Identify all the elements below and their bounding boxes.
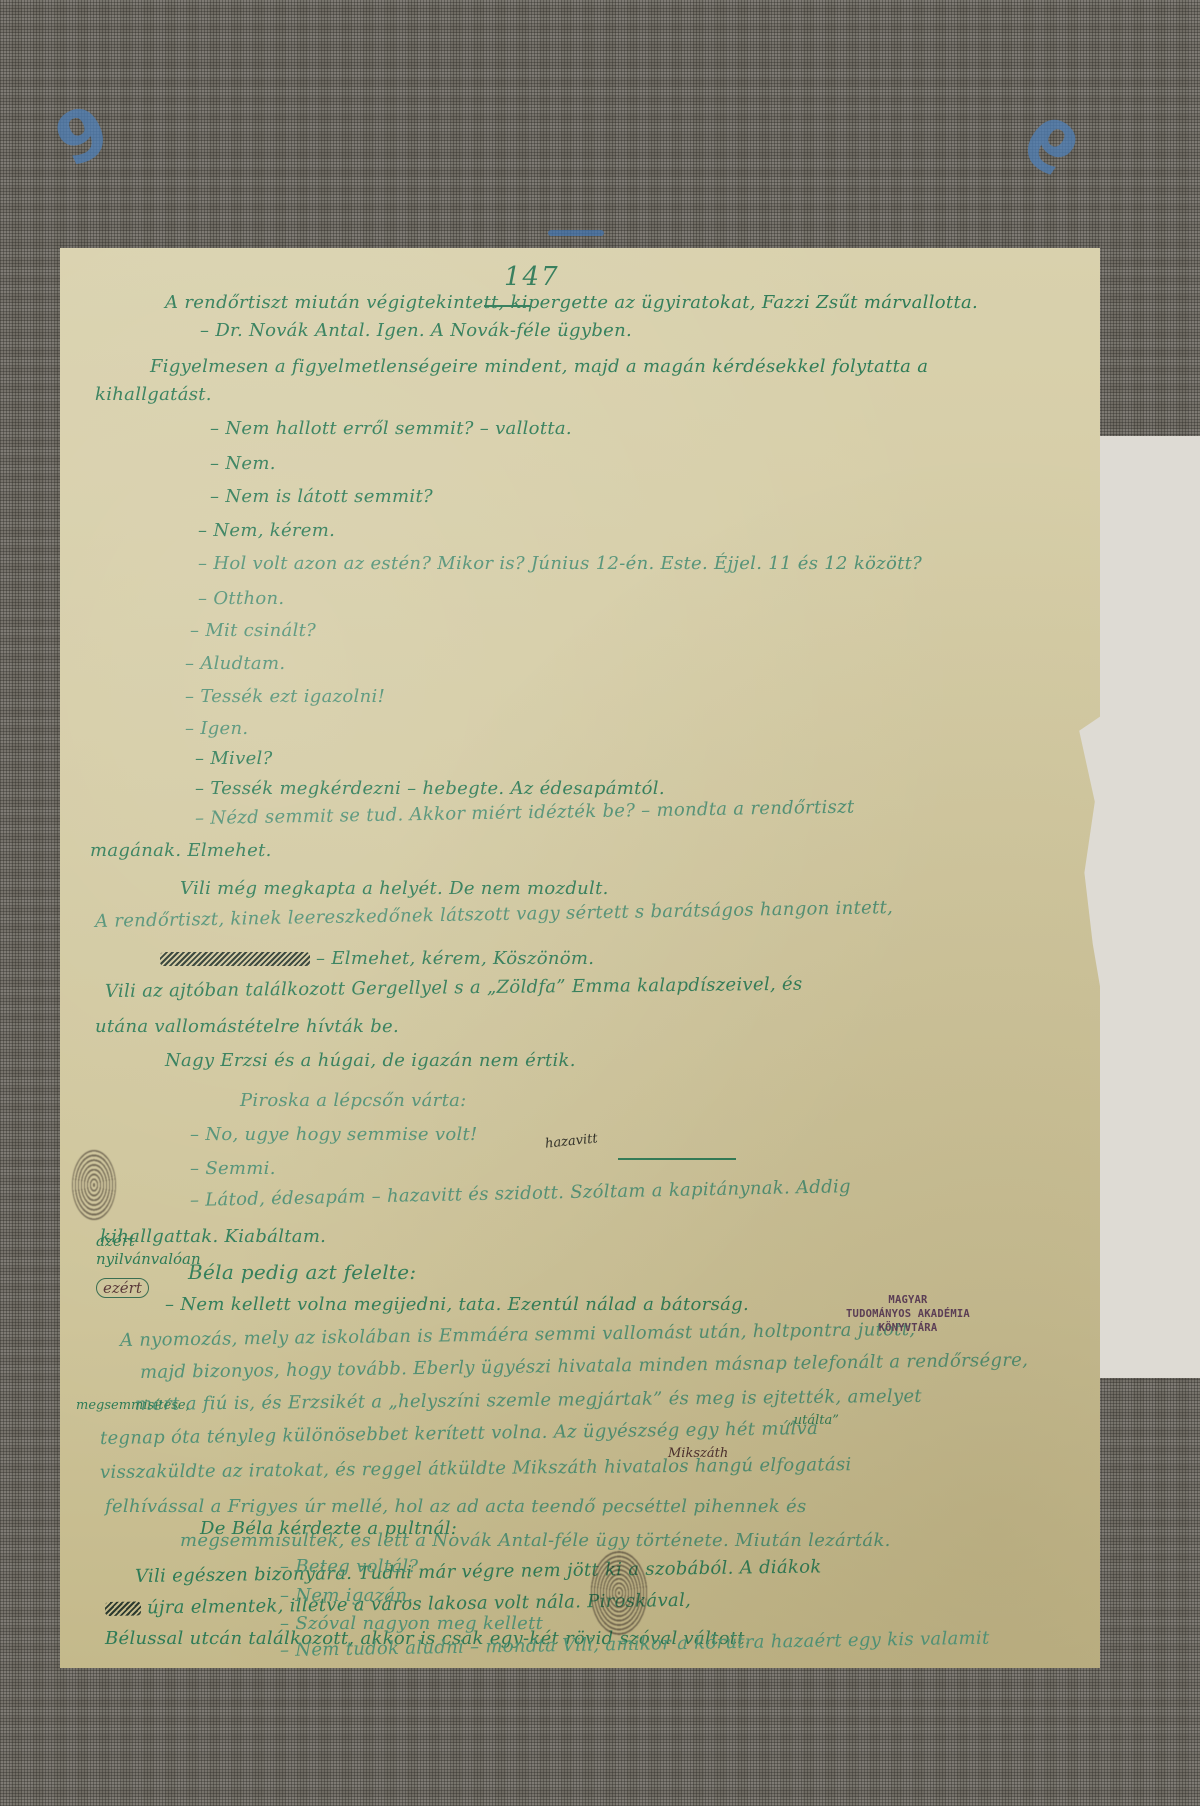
manuscript-line: – Szóval nagyon meg kellett [280, 1613, 543, 1634]
manuscript-line: – Aludtam. [185, 653, 285, 674]
manuscript-line: – Mivel? [195, 748, 273, 769]
page-number-underline [484, 305, 530, 307]
manuscript-line: Figyelmesen a figyelmetlenségeire minden… [150, 356, 928, 377]
fingerprint-smudge [590, 1550, 648, 1636]
manuscript-line: – No, ugye hogy semmise volt! [190, 1124, 478, 1145]
manuscript-line: felhívással a Frigyes úr mellé, hol az a… [105, 1496, 807, 1517]
manuscript-line: – Semmi. [190, 1158, 276, 1179]
manuscript-line: – Mit csinált? [190, 620, 316, 641]
blue-pencil-stripe [548, 230, 604, 236]
manuscript-line: Piroska a lépcsőn várta: [240, 1090, 467, 1111]
manuscript-line: – Nem hallott erről semmit? – vallotta. [210, 418, 572, 439]
manuscript-line: – Dr. Novák Antal. Igen. A Novák-féle üg… [200, 320, 632, 341]
ad-acta-underline [618, 1158, 736, 1160]
manuscript-line: tegnap óta tényleg különösebbet kerített… [100, 1418, 818, 1449]
manuscript-line: – Beteg voltál? [280, 1556, 418, 1577]
manuscript-line: Nagy Erzsi és a húgai, de igazán nem ért… [165, 1050, 576, 1071]
stamp-line: MAGYAR [843, 1293, 973, 1307]
manuscript-line: A rendőrtiszt, kinek leereszkedőnek láts… [95, 897, 893, 932]
manuscript-line: magának. Elmehet. [90, 840, 272, 861]
margin-note: ezért [96, 1278, 149, 1298]
manuscript-line: – Tessék ezt igazolni! [185, 686, 385, 707]
blue-pencil-mark-top-right: 9 [1006, 98, 1093, 193]
crossed-out-scribble [105, 1601, 141, 1616]
manuscript-line: utána vallomástételre hívták be. [95, 1016, 399, 1037]
stamp-line: TUDOMÁNYOS AKADÉMIA [843, 1307, 973, 1321]
stamp-line: KÖNYVTÁRA [843, 1321, 973, 1335]
manuscript-line: – Elmehet, kérem, Köszönöm. [160, 948, 594, 969]
blue-pencil-mark-top-left: 9 [43, 89, 122, 184]
manuscript-line: – Tessék megkérdezni – hebegte. Az édesa… [195, 778, 665, 799]
page-number: 147 [504, 262, 560, 292]
manuscript-line: – Nézd semmit se tud. Akkor miért idézté… [195, 796, 855, 829]
manuscript-line: Vili az ajtóban találkozott Gergellyel s… [105, 974, 803, 1002]
interlinear-insertion: Mikszáth [668, 1446, 728, 1461]
manuscript-line: – Nem, kérem. [198, 520, 335, 541]
manuscript-line: – Látod, édesapám – hazavitt és szidott.… [190, 1176, 851, 1211]
margin-note: nyilvánvalóan [96, 1250, 201, 1268]
manuscript-line: – Nem kellett volna megijedni, tata. Eze… [165, 1294, 749, 1315]
manuscript-line: A nyomozás, mely az iskolában is Emmáéra… [120, 1319, 916, 1351]
manuscript-line: – Nem is látott semmit? [210, 486, 433, 507]
crossed-out-scribble [160, 952, 310, 966]
library-stamp: MAGYAR TUDOMÁNYOS AKADÉMIA KÖNYVTÁRA [843, 1293, 973, 1335]
manuscript-line: – Nem igazán. [280, 1585, 413, 1606]
margin-note: megsemmisítése, [76, 1398, 190, 1413]
manuscript-line: visszaküldte az iratokat, és reggel átkü… [100, 1454, 852, 1483]
manuscript-line: – Hol volt azon az estén? Mikor is? Júni… [198, 553, 922, 574]
fingerprint-smudge [72, 1150, 116, 1220]
manuscript-line: mert a fiú is, és Erzsikét a „helyszíni … [135, 1386, 922, 1415]
manuscript-line: A rendőrtiszt miután végigtekintett, kip… [165, 292, 978, 313]
manuscript-line: Vili még megkapta a helyét. De nem mozdu… [180, 878, 609, 899]
manuscript-line: – Igen. [185, 718, 248, 739]
manuscript-sheet: 147 A rendőrtiszt miután végigtekintett,… [60, 248, 1100, 1668]
manuscript-line: – Otthon. [198, 588, 284, 609]
interlinear-insertion: „utálta” [787, 1413, 839, 1428]
manuscript-line: Béla pedig azt felelte: [188, 1260, 416, 1284]
manuscript-line: De Béla kérdezte a pultnál: [200, 1518, 457, 1539]
manuscript-line: majd bizonyos, hogy tovább. Eberly ügyés… [140, 1350, 1028, 1383]
manuscript-line: Vili egészen bizonyára. Tudni már végre … [135, 1556, 822, 1587]
interlinear-insertion: hazavitt [544, 1131, 598, 1151]
margin-note: azért [96, 1232, 135, 1250]
manuscript-line: – Nem. [210, 453, 276, 474]
manuscript-line: kihallgatást. [95, 384, 212, 405]
